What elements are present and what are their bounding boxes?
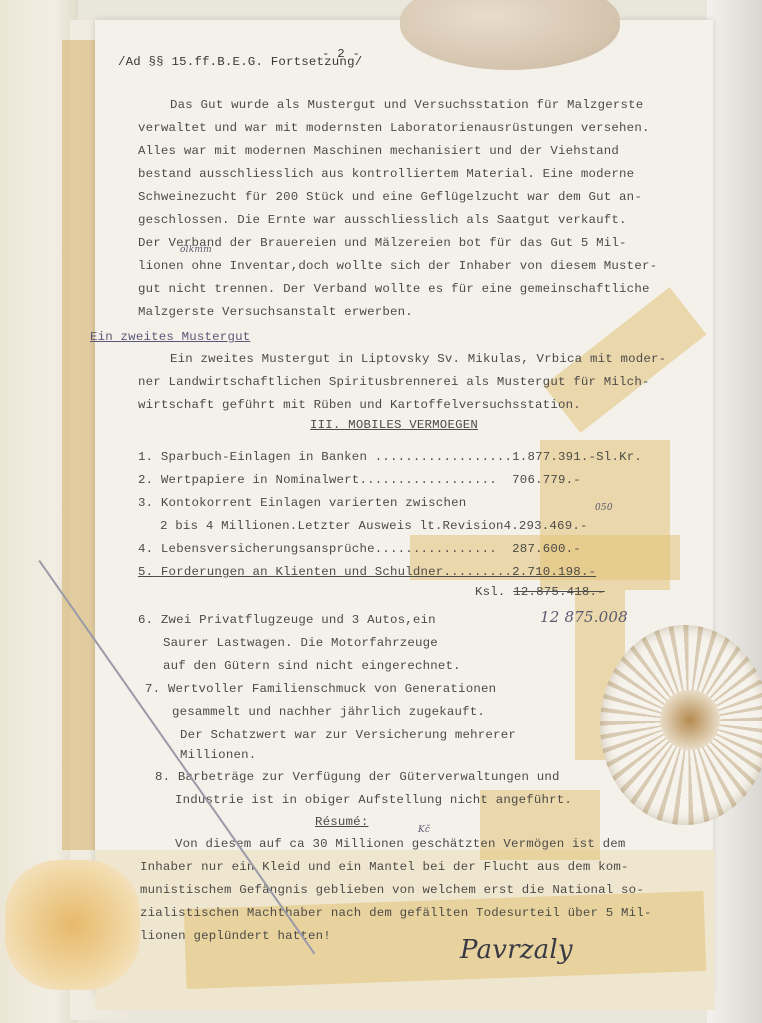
- resume-line: Inhaber nur ein Kleid und ein Mantel bei…: [140, 860, 629, 874]
- paragraph1-line: bestand ausschliesslich aus kontrolliert…: [138, 167, 634, 181]
- paragraph2-line: wirtschaft geführt mit Rüben und Kartoff…: [138, 398, 581, 412]
- asset-more-line: Der Schatzwert war zur Versicherung mehr…: [180, 728, 516, 742]
- asset-more-line: Industrie ist in obiger Aufstellung nich…: [175, 793, 572, 807]
- asset-more-line: Millionen.: [180, 748, 256, 762]
- asset-more-line: 6. Zwei Privatflugzeuge und 3 Autos,ein: [138, 613, 436, 627]
- asset-row: 1. Sparbuch-Einlagen in Banken .........…: [138, 450, 642, 464]
- asset-more-line: 7. Wertvoller Familienschmuck von Genera…: [145, 682, 496, 696]
- handwritten-total: 12 875.008: [540, 608, 628, 626]
- asset-row: 2 bis 4 Millionen.Letzter Ausweis lt.Rev…: [160, 519, 588, 533]
- paragraph2-line: Ein zweites Mustergut in Liptovsky Sv. M…: [170, 352, 666, 366]
- section3-heading: III. MOBILES VERMOEGEN: [310, 418, 478, 432]
- ammonite-core: [660, 690, 720, 750]
- page-number: - 2 -: [322, 47, 360, 61]
- resume-line: munistischem Gefängnis geblieben von wel…: [140, 883, 644, 897]
- asset-more-line: 8. Barbeträge zur Verfügung der Güterver…: [155, 770, 560, 784]
- handwritten-correction: 050: [595, 503, 613, 513]
- asset-more-line: auf den Gütern sind nicht eingerechnet.: [163, 659, 461, 673]
- asset-row: 2. Wertpapiere in Nominalwert...........…: [138, 473, 581, 487]
- asset-total: Ksl. 12.875.418.-: [475, 585, 605, 599]
- handwritten-note: ölkmm: [180, 245, 212, 255]
- paragraph1-line: verwaltet und war mit modernsten Laborat…: [138, 121, 650, 135]
- asset-more-line: Saurer Lastwagen. Die Motorfahrzeuge: [163, 636, 438, 650]
- paragraph1-line: Malzgerste Versuchsanstalt erwerben.: [138, 305, 413, 319]
- asset-row: 4. Lebensversicherungsansprüche.........…: [138, 542, 581, 556]
- paragraph2-line: ner Landwirtschaftlichen Spiritusbrenner…: [138, 375, 650, 389]
- paragraph1-line: Das Gut wurde als Mustergut und Versuchs…: [170, 98, 643, 112]
- paragraph1-line: Alles war mit modernen Maschinen mechani…: [138, 144, 619, 158]
- asset-row: 5. Forderungen an Klienten und Schuldner…: [138, 565, 596, 579]
- paragraph1-line: lionen ohne Inventar,doch wollte sich de…: [138, 259, 657, 273]
- resume-line: zialistischen Machthaber nach dem gefäll…: [140, 906, 652, 920]
- citrine-crystal: [5, 860, 140, 990]
- paragraph1-line: gut nicht trennen. Der Verband wollte es…: [138, 282, 650, 296]
- handwritten-currency: Kč: [418, 825, 430, 835]
- asset-row: 3. Kontokorrent Einlagen varierten zwisc…: [138, 496, 466, 510]
- signature: Pavrzaly: [460, 935, 573, 965]
- paragraph1-line: Schweinezucht für 200 Stück und eine Gef…: [138, 190, 642, 204]
- asset-more-line: gesammelt und nachher jährlich zugekauft…: [172, 705, 485, 719]
- paragraph1-line: geschlossen. Die Ernte war ausschliessli…: [138, 213, 627, 227]
- section2-heading: Ein zweites Mustergut: [90, 330, 250, 344]
- resume-heading: Résumé:: [315, 815, 368, 829]
